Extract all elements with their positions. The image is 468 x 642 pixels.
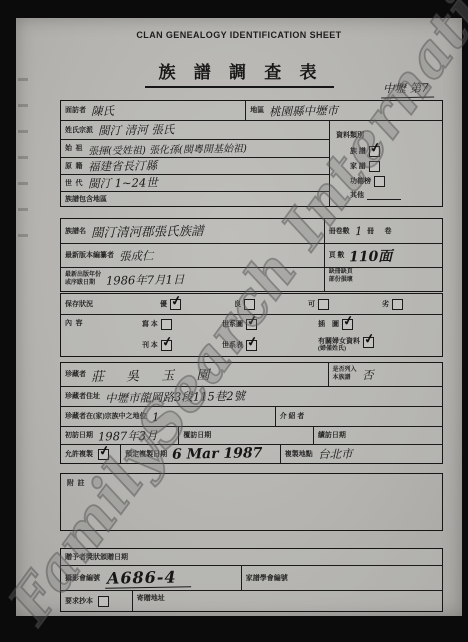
poor-label: 劣 <box>382 300 389 309</box>
section-owner-visits: 珍藏者 莊 吳 玉 園 是否列入 本族譜 否 珍藏者住址 中壢市龍岡路3段115… <box>60 362 443 464</box>
content-printed: 刊 本 <box>142 337 222 353</box>
field-page-count: 頁 數 110面 <box>324 244 442 267</box>
field-interviewer: 面訪者 陳氏 <box>61 101 245 120</box>
preservation-good: 良 <box>234 299 255 310</box>
introducer-label: 介 紹 者 <box>280 412 305 421</box>
owner-label: 珍藏者 <box>65 370 86 379</box>
request-copy-checkbox <box>98 596 109 607</box>
copy-permission-checkbox <box>98 449 109 460</box>
owner-clan-position-label: 珍藏者在(家)宗族中之地位 <box>65 412 147 421</box>
missing-damaged-label: 缺冊缺頁 部份損壞 <box>329 269 353 285</box>
field-listed-in-genealogy: 是否列入 本族譜 否 <box>328 363 443 386</box>
field-donor-award-date: 贈予者獎狀頒贈日期 <box>61 549 442 565</box>
content-women-data: 有關婦女資料 (婦僅姓氏) <box>318 337 438 353</box>
volume-count-units: 冊 卷 <box>367 227 392 236</box>
field-introducer: 介 紹 者 <box>275 407 442 426</box>
section-notes: 附 註 <box>60 473 443 531</box>
illustration-label: 插 圖 <box>318 320 339 329</box>
manuscript-checkbox <box>161 319 172 330</box>
latest-editor-value: 張成仁 <box>119 247 154 264</box>
volume-count-label: 冊卷數 <box>329 227 350 236</box>
field-owner: 珍藏者 莊 吳 玉 園 <box>61 363 328 386</box>
field-revisit-date: 覆訪日期 <box>178 427 313 444</box>
listed-label: 是否列入 本族譜 <box>333 367 357 383</box>
field-contents: 內 容 寫 本 世系圖 插 圖 刊 本 <box>61 315 442 356</box>
field-volume-count: 冊卷數 1 冊 卷 <box>324 219 442 243</box>
followup-visit-label: 續訪日期 <box>318 431 346 440</box>
section-condition-contents: 保存狀況 優 良 可 劣 <box>60 293 443 357</box>
section-filming-numbers: 贈予者獎狀頒贈日期 攝影會編號 A686-4 家譜學會編號 要求抄本 寄贈地址 <box>60 548 443 612</box>
field-preservation: 保存狀況 優 良 可 劣 <box>61 294 442 314</box>
field-owner-address: 珍藏者住址 中壢市龍岡路3段115巷2號 <box>61 387 442 406</box>
preservation-excellent: 優 <box>160 299 181 310</box>
donor-award-date-label: 贈予者獎狀頒贈日期 <box>65 553 128 562</box>
scanned-form-paper: CLAN GENEALOGY IDENTIFICATION SHEET 族 譜 … <box>16 18 462 616</box>
owner-value: 莊 吳 玉 園 <box>91 364 219 385</box>
copy-location-value: 台北市 <box>318 446 353 463</box>
form-english-title: CLAN GENEALOGY IDENTIFICATION SHEET <box>16 30 462 40</box>
data-category-title: 資料類別 <box>336 131 364 139</box>
volume-count-value: 1 <box>355 224 363 238</box>
publication-date-label: 最新出版年份 或序跋日期 <box>65 272 101 288</box>
category-option-other: 其他 <box>350 191 436 200</box>
zupu-checkbox <box>369 146 380 157</box>
first-ancestor-label: 始 祖 <box>65 144 83 153</box>
category-other-blank <box>367 191 401 200</box>
genealogy-title-label: 族譜名 <box>65 227 86 236</box>
illustration-checkbox <box>342 319 353 330</box>
owner-address-value: 中壢市龍岡路3段115巷2號 <box>105 387 245 405</box>
form-chinese-title: 族 譜 調 查 表 <box>145 58 334 88</box>
scheduled-copy-date-label: 預定複製日期 <box>125 450 167 459</box>
listed-value: 否 <box>361 366 373 382</box>
field-followup-visit-date: 續訪日期 <box>313 427 442 444</box>
preservation-fair: 可 <box>308 299 329 310</box>
owner-clan-position-value: 1 <box>152 409 160 423</box>
data-category-column: 資料類別 族 譜 家 譜 功德榜 其他 <box>329 121 442 206</box>
content-lineage-table: 世系表 <box>222 337 318 353</box>
category-option-zupu: 族 譜 <box>350 146 436 157</box>
lineage-chart-label: 世系圖 <box>222 320 243 329</box>
women-data-label: 有關婦女資料 <box>318 337 360 346</box>
page-count-label: 頁 數 <box>329 251 345 260</box>
clan-lineage-value: 閩汀 清河 張氏 <box>98 121 175 138</box>
fair-label: 可 <box>308 300 315 309</box>
genealogy-title-value: 閩汀清河郡張氏族譜 <box>91 221 204 241</box>
lineage-table-label: 世系表 <box>222 341 243 350</box>
lineage-chart-checkbox <box>246 319 257 330</box>
field-first-visit-date: 初訪日期 1987年3月 <box>61 427 178 444</box>
filming-number-value: A686-4 <box>105 567 191 588</box>
interviewer-value: 陳氏 <box>91 102 114 118</box>
content-lineage-chart: 世系圖 <box>222 319 318 330</box>
field-filming-number: 攝影會編號 A686-4 <box>61 566 241 590</box>
field-missing-damaged: 缺冊缺頁 部份損壞 <box>324 268 442 291</box>
field-publication-date: 最新出版年份 或序跋日期 1986年7月1日 <box>61 268 324 291</box>
first-visit-label: 初訪日期 <box>65 431 93 440</box>
field-genealogy-title: 族譜名 閩汀清河郡張氏族譜 <box>61 219 324 243</box>
mailing-address-label: 寄贈地址 <box>137 594 165 603</box>
field-clan-lineage: 姓氏宗派 閩汀 清河 張氏 <box>61 121 329 139</box>
content-manuscript: 寫 本 <box>142 319 222 330</box>
revisit-label: 覆訪日期 <box>183 431 211 440</box>
area-value: 桃園縣中壢市 <box>269 102 338 119</box>
interviewer-label: 面訪者 <box>65 106 86 115</box>
good-checkbox <box>244 299 255 310</box>
category-option-gongde: 功德榜 <box>350 176 436 187</box>
scheduled-copy-date-value: 6 Mar 1987 <box>172 445 263 463</box>
page-count-value: 110面 <box>349 245 393 266</box>
latest-editor-label: 最新版本編纂者 <box>65 251 114 260</box>
field-society-number: 家譜學會編號 <box>241 566 442 590</box>
section-identification: 面訪者 陳氏 地區 桃園縣中壢市 姓氏宗派 閩汀 清河 張氏 始 祖 <box>60 100 443 207</box>
women-data-note: (婦僅姓氏) <box>318 346 360 354</box>
field-latest-editor: 最新版本編纂者 張成仁 <box>61 244 324 267</box>
category-option-jiapu: 家 譜 <box>350 161 436 172</box>
handwritten-page-note: 中壢 第7 <box>380 80 434 99</box>
preservation-label: 保存狀況 <box>65 300 137 309</box>
field-request-copy: 要求抄本 <box>61 591 132 611</box>
gongde-checkbox <box>374 176 385 187</box>
owner-address-label: 珍藏者住址 <box>65 392 100 401</box>
field-original-home: 原 籍 福建省長汀縣 <box>61 158 329 174</box>
first-ancestor-value: 張揮(受姓祖) 張化孫(閩粵開基始祖) <box>87 140 246 157</box>
fair-checkbox <box>318 299 329 310</box>
manuscript-label: 寫 本 <box>142 320 158 329</box>
zupu-label: 族 譜 <box>350 147 366 156</box>
good-label: 良 <box>234 300 241 309</box>
scan-edge-smudge <box>18 78 28 238</box>
field-area: 地區 桃園縣中壢市 <box>245 101 442 120</box>
area-label: 地區 <box>250 106 264 115</box>
gongde-label: 功德榜 <box>350 177 371 186</box>
field-scheduled-copy-date: 預定複製日期 6 Mar 1987 <box>120 445 280 463</box>
society-number-label: 家譜學會編號 <box>246 574 288 583</box>
coverage-area-label: 族譜包含地區 <box>65 195 107 204</box>
request-copy-label: 要求抄本 <box>65 597 93 606</box>
lineage-table-checkbox <box>246 340 257 351</box>
excellent-checkbox <box>170 299 181 310</box>
copy-location-label: 複製地點 <box>285 450 313 459</box>
jiapu-label: 家 譜 <box>350 162 366 171</box>
field-copy-location: 複製地點 台北市 <box>280 445 442 463</box>
copy-permission-label: 允許複製 <box>65 450 93 459</box>
notes-label: 附 註 <box>67 479 85 488</box>
generations-value: 閩汀 1~24世 <box>87 175 157 191</box>
section-genealogy-info: 族譜名 閩汀清河郡張氏族譜 冊卷數 1 冊 卷 最新版本編纂者 張成仁 頁 數 … <box>60 218 443 292</box>
field-coverage-area: 族譜包含地區 <box>61 192 329 206</box>
publication-date-value: 1986年7月1日 <box>106 271 185 288</box>
excellent-label: 優 <box>160 300 167 309</box>
clan-lineage-label: 姓氏宗派 <box>65 126 93 135</box>
printed-label: 刊 本 <box>142 341 158 350</box>
field-owner-clan-position: 珍藏者在(家)宗族中之地位 1 <box>61 407 275 426</box>
generations-label: 世 代 <box>65 179 83 188</box>
field-generations: 世 代 閩汀 1~24世 <box>61 175 329 191</box>
contents-label: 內 容 <box>65 319 137 328</box>
women-data-checkbox <box>363 337 374 348</box>
content-illustration: 插 圖 <box>318 319 438 330</box>
poor-checkbox <box>392 299 403 310</box>
original-home-value: 福建省長汀縣 <box>87 158 156 174</box>
field-first-ancestor: 始 祖 張揮(受姓祖) 張化孫(閩粵開基始祖) <box>61 140 329 157</box>
first-visit-value: 1987年3月 <box>98 427 158 444</box>
original-home-label: 原 籍 <box>65 162 83 171</box>
filming-number-label: 攝影會編號 <box>65 574 100 583</box>
category-other-label: 其他 <box>350 191 364 200</box>
jiapu-checkbox <box>369 161 380 172</box>
field-mailing-address: 寄贈地址 <box>132 591 442 611</box>
field-copy-permission: 允許複製 <box>61 445 120 463</box>
printed-checkbox <box>161 340 172 351</box>
preservation-poor: 劣 <box>382 299 403 310</box>
